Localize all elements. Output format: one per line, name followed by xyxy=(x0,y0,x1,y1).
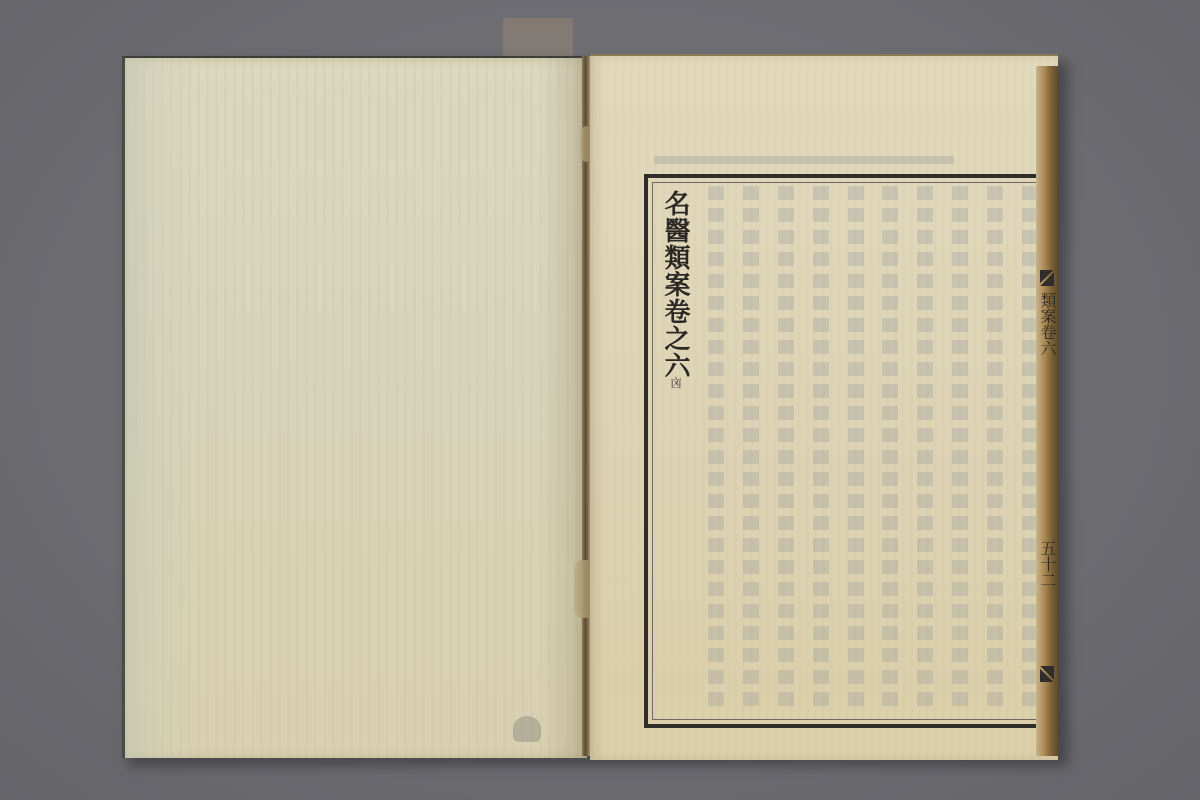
show-through-rule xyxy=(654,156,954,164)
ghost-column xyxy=(917,186,933,710)
right-page: 名醫類案卷之六 㐫 類案卷六 五十二 xyxy=(590,54,1058,760)
ghost-column xyxy=(813,186,829,710)
fishtail-mark-top xyxy=(1040,270,1054,286)
volume-title: 名醫類案卷之六 xyxy=(658,190,692,379)
ghost-column xyxy=(882,186,898,710)
ghost-column xyxy=(952,186,968,710)
fore-edge-title: 類案卷六 xyxy=(1038,292,1056,356)
ghost-column xyxy=(708,186,724,710)
faded-stamp xyxy=(513,716,541,742)
ghost-column xyxy=(743,186,759,710)
left-page xyxy=(122,56,587,758)
shelf-label-tag xyxy=(503,18,573,58)
show-through-text xyxy=(708,186,1038,710)
printed-border-frame: 名醫類案卷之六 㐫 xyxy=(644,174,1051,728)
ghost-column xyxy=(987,186,1003,710)
fishtail-mark-bottom xyxy=(1040,666,1054,682)
fore-edge-strip: 類案卷六 五十二 xyxy=(1036,66,1058,756)
fore-edge-page-number: 五十二 xyxy=(1038,540,1056,588)
ghost-column xyxy=(778,186,794,710)
left-page-edge xyxy=(125,58,195,758)
title-mark: 㐫 xyxy=(670,374,682,391)
ghost-column xyxy=(848,186,864,710)
